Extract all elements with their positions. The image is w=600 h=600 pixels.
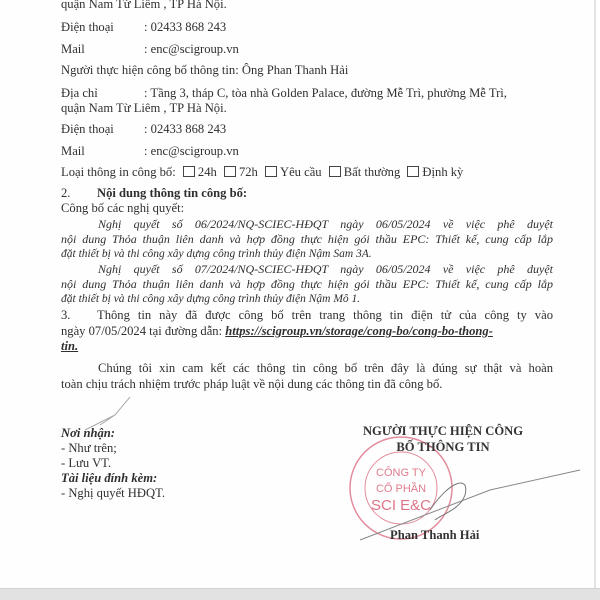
resolution-1-line3: đặt thiết bị và thi công xây dựng công t…	[61, 247, 372, 262]
viewer-bottom-bar	[0, 588, 600, 600]
page-edge	[594, 0, 596, 600]
recipient-item: - Lưu VT.	[61, 456, 111, 471]
signature-title-line1: NGƯỜI THỰC HIỆN CÔNG	[348, 423, 538, 439]
disclosure-type-row: Loại thông in công bố: 24h 72h Yêu cầu B…	[61, 165, 463, 180]
section2-heading: 2.Nội dung thông tin công bố:	[61, 186, 247, 201]
resolution-2-line1: Nghị quyết số 07/2024/NQ-SCIEC-HĐQT ngày…	[98, 262, 553, 277]
company-phone: Điện thoại: 02433 868 243	[61, 20, 226, 35]
company-mail-label: Mail	[61, 42, 144, 57]
resolution-1-line1: Nghị quyết số 06/2024/NQ-SCIEC-HĐQT ngày…	[98, 217, 553, 232]
company-phone-value: : 02433 868 243	[144, 20, 226, 34]
discloser-phone-value: : 02433 868 243	[144, 122, 226, 136]
recipient-mark	[80, 395, 140, 435]
resolution-2-line3: đặt thiết bị và thi công xây dựng công t…	[61, 292, 360, 307]
checkbox-periodic[interactable]	[407, 166, 419, 177]
disclosure-link[interactable]: https://scigroup.vn/storage/cong-bo/cong…	[225, 324, 493, 338]
company-mail-value: : enc@scigroup.vn	[144, 42, 239, 56]
checkbox-24h[interactable]	[183, 166, 195, 177]
discloser-address: Địa chỉ: Tầng 3, tháp C, tòa nhà Golden …	[61, 86, 507, 101]
section3-link-prefix: ngày 07/05/2024 tại đường dẫn:	[61, 324, 222, 338]
company-address-cont: quận Nam Từ Liêm , TP Hà Nội.	[61, 0, 227, 12]
section2-intro: Công bố các nghị quyết:	[61, 201, 184, 216]
signer-name: Phan Thanh Hải	[390, 528, 479, 543]
disclosure-type-label: Loại thông in công bố:	[61, 165, 176, 179]
document-page: quận Nam Từ Liêm , TP Hà Nội. Điện thoại…	[0, 0, 594, 588]
discloser-address-label: Địa chỉ	[61, 86, 144, 101]
attachments-label: Tài liệu đính kèm:	[61, 471, 157, 486]
commitment-line2: toàn chịu trách nhiệm trước pháp luật về…	[61, 377, 442, 392]
option-72h-label: 72h	[239, 165, 258, 179]
discloser-address-value: : Tầng 3, tháp C, tòa nhà Golden Palace,…	[144, 86, 507, 100]
company-mail: Mail: enc@scigroup.vn	[61, 42, 239, 57]
section2-number: 2.	[61, 186, 97, 201]
option-periodic-label: Định kỳ	[422, 165, 463, 179]
discloser-mail-label: Mail	[61, 144, 144, 159]
section3-text: Thông tin này đã được công bố trên trang…	[97, 308, 553, 322]
discloser-phone: Điện thoại: 02433 868 243	[61, 122, 226, 137]
option-on-request-label: Yêu cầu	[280, 165, 322, 179]
discloser-heading: Người thực hiện công bố thông tin: Ông P…	[61, 63, 348, 78]
discloser-mail: Mail: enc@scigroup.vn	[61, 144, 239, 159]
section2-title: Nội dung thông tin công bố:	[97, 186, 247, 200]
resolution-1-line2: nội dung Thỏa thuận liên danh và hợp đồn…	[61, 232, 553, 247]
checkbox-72h[interactable]	[224, 166, 236, 177]
section3-number: 3.	[61, 308, 97, 323]
checkbox-on-request[interactable]	[265, 166, 277, 177]
checkbox-irregular[interactable]	[329, 166, 341, 177]
discloser-address-cont: quận Nam Từ Liêm , TP Hà Nội.	[61, 101, 227, 116]
recipient-item: - Như trên;	[61, 441, 117, 456]
discloser-mail-value: : enc@scigroup.vn	[144, 144, 239, 158]
commitment-line1: Chúng tôi xin cam kết các thông tin công…	[98, 361, 553, 376]
company-phone-label: Điện thoại	[61, 20, 144, 35]
discloser-phone-label: Điện thoại	[61, 122, 144, 137]
attachment-item: - Nghị quyết HĐQT.	[61, 486, 165, 501]
section3-line2: ngày 07/05/2024 tại đường dẫn: https://s…	[61, 324, 493, 339]
disclosure-link-cont[interactable]: tin.	[61, 339, 78, 354]
option-24h-label: 24h	[198, 165, 217, 179]
resolution-2-line2: nội dung Thỏa thuận liên danh và hợp đồn…	[61, 277, 553, 292]
option-irregular-label: Bất thường	[344, 165, 401, 179]
section3-line1: 3.Thông tin này đã được công bố trên tra…	[61, 308, 553, 323]
